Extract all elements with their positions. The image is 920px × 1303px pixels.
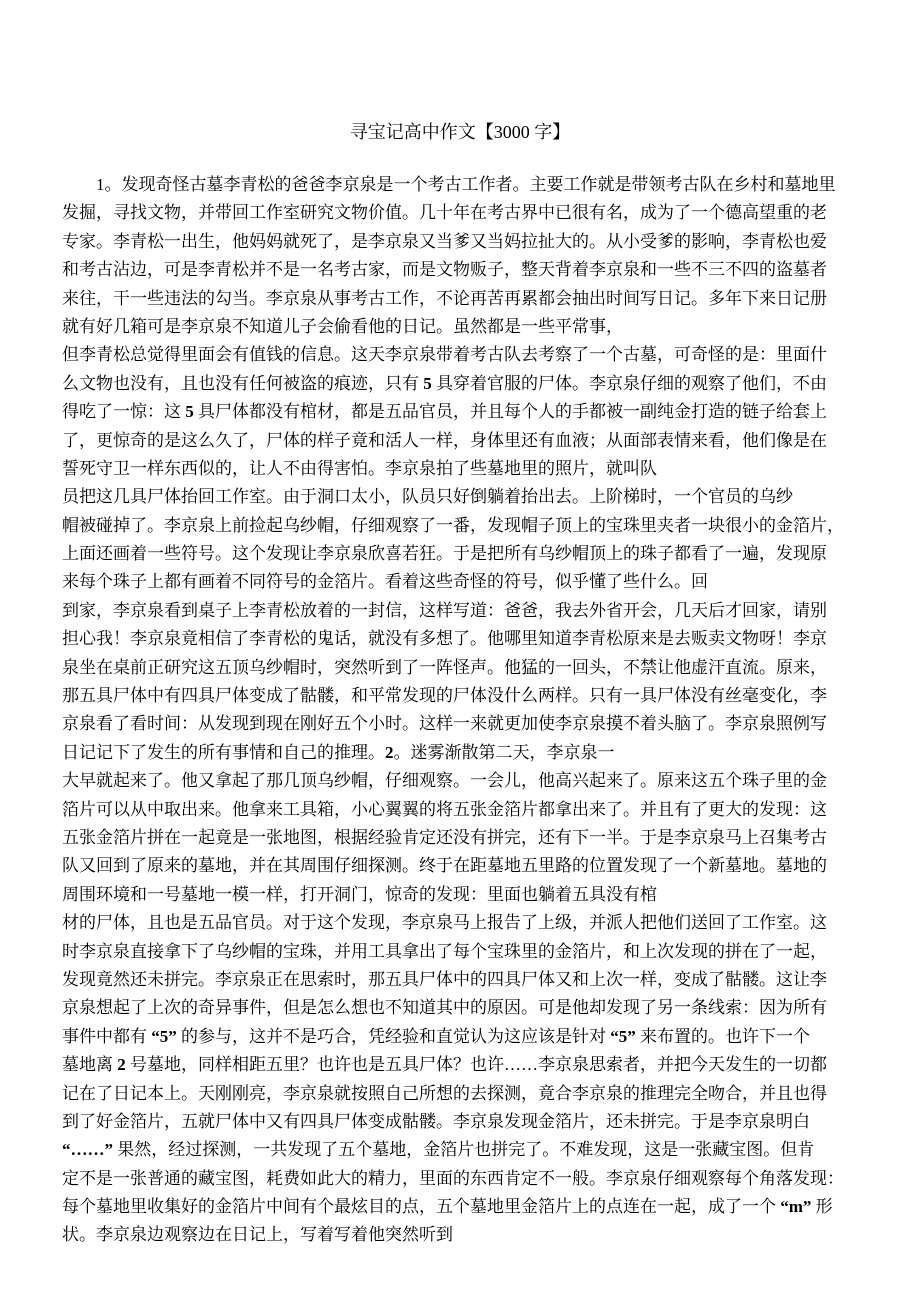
text-line: 就有好几箱可是李京泉不知道儿子会偷看他的日记。虽然都是一些平常事，	[62, 313, 864, 341]
document-title: 寻宝记高中作文【3000 字】	[0, 0, 920, 145]
text-line: 担心我！李京泉竟相信了李青松的鬼话，就没有多想了。他哪里知道李青松原来是去贩卖文…	[62, 625, 864, 653]
text-line: 五张金箔片拼在一起竟是一张地图，根据经验肯定还没有拼完，还有下一半。于是李京泉马…	[62, 824, 864, 852]
text-line: 到家，李京泉看到桌子上李青松放着的一封信，这样写道：爸爸，我去外省开会，几天后才…	[62, 597, 864, 625]
text-line: 员把这几具尸体抬回工作室。由于洞口太小，队员只好倒躺着抬出去。上阶梯时，一个官员…	[62, 483, 864, 511]
text-line: 帽被碰掉了。李京泉上前捡起乌纱帽，仔细观察了一番，发现帽子顶上的宝珠里夹者一块很…	[62, 512, 864, 540]
text-line: 墓地离 2 号墓地，同样相距五里？也许也是五具尸体？也许……李京泉思索者，并把今…	[62, 1051, 864, 1079]
text-line: 状。李京泉边观察边在日记上，写着写着他突然听到	[62, 1221, 864, 1249]
document-body: 1。发现奇怪古墓李青松的爸爸李京泉是一个考古工作者。主要工作就是带领考古队在乡村…	[62, 171, 864, 1250]
text-line: 箔片可以从中取出来。他拿来工具箱，小心翼翼的将五张金箔片都拿出来了。并且有了更大…	[62, 796, 864, 824]
text-line: 来每个珠子上都有画着不同符号的金箔片。看着这些奇怪的符号，似乎懂了些什么。回	[62, 568, 864, 596]
bold-text: 2	[385, 743, 394, 762]
text-line: 誓死守卫一样东西似的，让人不由得害怕。李京泉拍了些墓地里的照片，就叫队	[62, 455, 864, 483]
bold-text: 5	[423, 374, 432, 393]
bold-text: 5	[185, 402, 194, 421]
text-line: 大早就起来了。他又拿起了那几顶乌纱帽，仔细观察。一会儿，他高兴起来了。原来这五个…	[62, 767, 864, 795]
text-line: 定不是一张普通的藏宝图，耗费如此大的精力，里面的东西肯定不一般。李京泉仔细观察每…	[62, 1165, 864, 1193]
text-line: 时李京泉直接拿下了乌纱帽的宝珠，并用工具拿出了每个宝珠里的金箔片，和上次发现的拼…	[62, 938, 864, 966]
text-line: 记在了日记本上。天刚刚亮，李京泉就按照自己所想的去探测，竟合李京泉的推理完全吻合…	[62, 1080, 864, 1108]
text-line: 发掘，寻找文物，并带回工作室研究文物价值。几十年在考古界中已很有名，成为了一个德…	[62, 199, 864, 227]
text-line: 泉坐在桌前正研究这五顶乌纱帽时，突然听到了一阵怪声。他猛的一回头，不禁让他虚汗直…	[62, 654, 864, 682]
bold-text: “……”	[62, 1140, 113, 1159]
text-line: 周围环境和一号墓地一模一样，打开洞门，惊奇的发现：里面也躺着五具没有棺	[62, 881, 864, 909]
text-line: 京泉看了看时间：从发现到现在刚好五个小时。这样一来就更加使李京泉摸不着头脑了。李…	[62, 710, 864, 738]
text-line: 和考古沾边，可是李青松并不是一名考古家，而是文物贩子，整天背着李京泉和一些不三不…	[62, 256, 864, 284]
text-line: 发现竟然还未拼完。李京泉正在思索时，那五具尸体中的四具尸体又和上次一样，变成了骷…	[62, 966, 864, 994]
text-line: 那五具尸体中有四具尸体变成了骷髅，和平常发现的尸体没什么两样。只有一具尸体没有丝…	[62, 682, 864, 710]
text-line: 京泉想起了上次的奇异事件，但是怎么想也不知道其中的原因。可是他却发现了另一条线索…	[62, 994, 864, 1022]
text-line: 日记记下了发生的所有事情和自己的推理。2。迷雾渐散第二天，李京泉一	[62, 739, 864, 767]
text-line: 但李青松总觉得里面会有值钱的信息。这天李京泉带着考古队去考察了一个古墓，可奇怪的…	[62, 341, 864, 369]
text-line: 每个墓地里收集好的金箔片中间有个最炫目的点，五个墓地里金箔片上的点连在一起，成了…	[62, 1193, 864, 1221]
text-line: 1。发现奇怪古墓李青松的爸爸李京泉是一个考古工作者。主要工作就是带领考古队在乡村…	[62, 171, 864, 199]
text-line: 事件中都有 “5” 的参与，这并不是巧合，凭经验和直觉认为这应该是针对 “5” …	[62, 1023, 864, 1051]
text-line: 上面还画着一些符号。这个发现让李京泉欣喜若狂。于是把所有乌纱帽顶上的珠子都看了一…	[62, 540, 864, 568]
document-page: 寻宝记高中作文【3000 字】 1。发现奇怪古墓李青松的爸爸李京泉是一个考古工作…	[0, 0, 920, 1303]
text-line: 么文物也没有，且也没有任何被盗的痕迹，只有 5 具穿着官服的尸体。李京泉仔细的观…	[62, 370, 864, 398]
text-line: “……” 果然，经过探测，一共发现了五个墓地，金箔片也拼完了。不难发现，这是一张…	[62, 1136, 864, 1164]
text-line: 得吃了一惊：这 5 具尸体都没有棺材，都是五品官员，并且每个人的手都被一副纯金打…	[62, 398, 864, 426]
text-line: 到了好金箔片，五就尸体中又有四具尸体变成骷髅。李京泉发现金箔片，还未拼完。于是李…	[62, 1108, 864, 1136]
bold-text: “5”	[151, 1027, 177, 1046]
text-line: 材的尸体，且也是五品官员。对于这个发现，李京泉马上报告了上级，并派人把他们送回了…	[62, 909, 864, 937]
text-line: 专家。李青松一出生，他妈妈就死了，是李京泉又当爹又当妈拉扯大的。从小受爹的影响，…	[62, 228, 864, 256]
text-line: 来往，干一些违法的勾当。李京泉从事考古工作，不论再苦再累都会抽出时间写日记。多年…	[62, 285, 864, 313]
text-line: 队又回到了原来的墓地，并在其周围仔细探测。终于在距墓地五里路的位置发现了一个新墓…	[62, 852, 864, 880]
bold-text: 2	[117, 1055, 126, 1074]
bold-text: “m”	[780, 1197, 811, 1216]
text-line: 了，更惊奇的是这么久了，尸体的样子竟和活人一样，身体里还有血液；从面部表情来看，…	[62, 427, 864, 455]
bold-text: “5”	[610, 1027, 636, 1046]
